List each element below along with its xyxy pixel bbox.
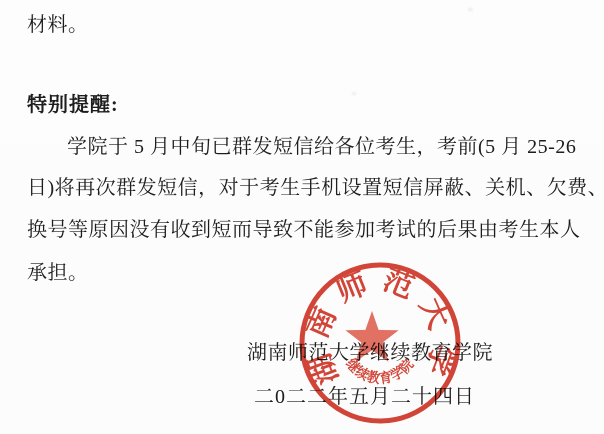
seal-ring-text: 湖南师范大学 xyxy=(300,263,460,389)
official-seal-stamp: 湖南师范大学 继续教育学院 xyxy=(294,257,466,429)
body-line-3: 换号等原因没有收到短而导致不能参加考试的后果由考生本人 xyxy=(27,213,581,242)
scanned-document-page: 材料。 特别提醒: 学院于 5 月中旬已群发短信给各位考生，考前(5 月 25-… xyxy=(0,0,604,434)
seal-star-icon xyxy=(345,311,398,362)
scan-noise-speck xyxy=(509,229,513,232)
seal-bottom-text: 继续教育学院 xyxy=(342,355,418,387)
body-line-4: 承担。 xyxy=(27,256,89,285)
body-line-1: 学院于 5 月中旬已群发短信给各位考生，考前(5 月 25-26 xyxy=(67,130,576,159)
notice-heading: 特别提醒: xyxy=(27,88,119,117)
body-line-2: 日)将再次群发短信，对于考生手机设置短信屏蔽、关机、欠费、 xyxy=(27,171,604,200)
scan-noise-speck xyxy=(352,92,356,95)
scan-noise-speck xyxy=(468,8,473,11)
previous-paragraph-tail: 材料。 xyxy=(27,8,89,37)
